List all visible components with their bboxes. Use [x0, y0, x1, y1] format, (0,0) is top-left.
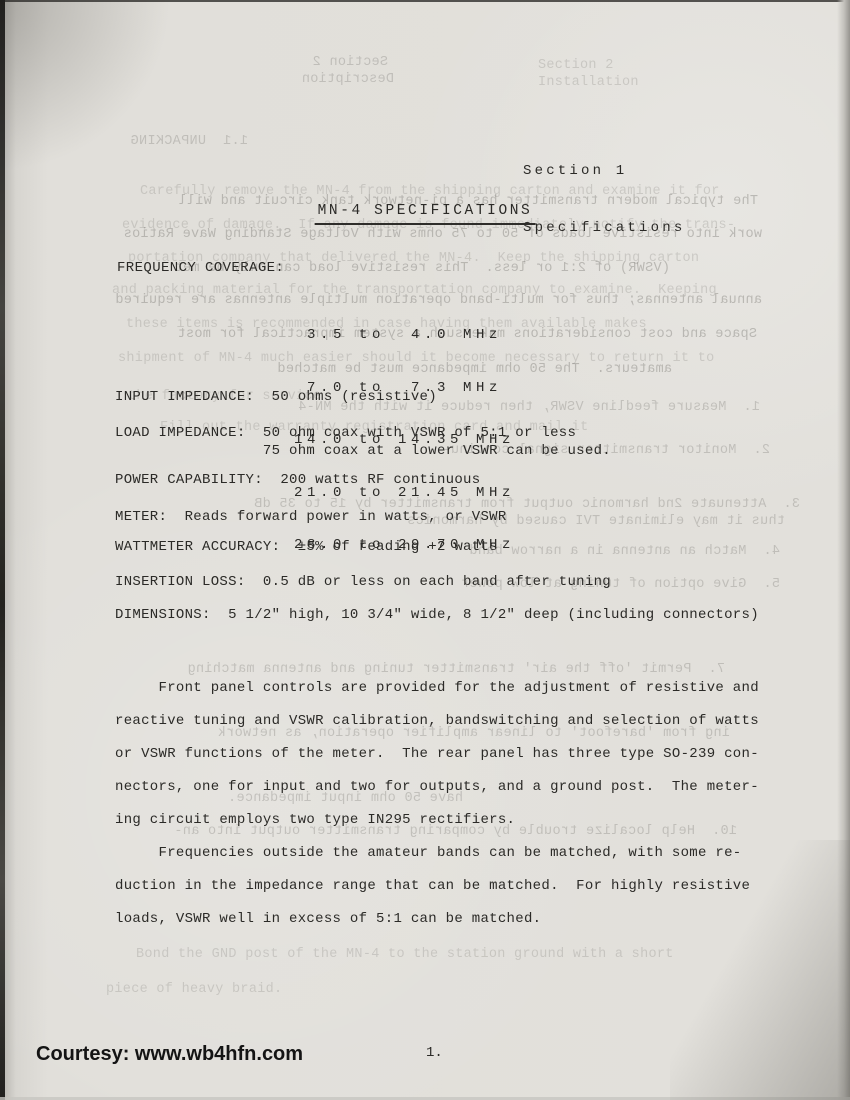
- spec-load-impedance: LOAD IMPEDANCE: 50 ohm coax with VSWR of…: [115, 425, 611, 460]
- watermark-courtesy: Courtesy: www.wb4hfn.com: [36, 1043, 303, 1066]
- page-corner-shadow: [670, 840, 850, 1100]
- spec-label-frequency-coverage: FREQUENCY COVERAGE:: [117, 260, 284, 276]
- bleed-through-text: Section 2: [538, 58, 614, 73]
- spec-input-impedance: INPUT IMPEDANCE: 50 ohms (resistive): [115, 389, 437, 407]
- body-paragraph: Frequencies outside the amateur bands ca…: [115, 837, 750, 936]
- frequency-range: 3.5 to 4.0 MHz: [294, 327, 515, 345]
- bleed-through-text: Description: [268, 72, 394, 87]
- page-number: 1.: [426, 1045, 443, 1061]
- spec-meter: METER: Reads forward power in watts, or …: [115, 509, 507, 527]
- spec-dimensions: DIMENSIONS: 5 1/2" high, 10 3/4" wide, 8…: [115, 607, 759, 625]
- section-number: Section 1: [523, 162, 685, 181]
- bleed-through-text: Bond the GND post of the MN-4 to the sta…: [136, 947, 674, 962]
- bleed-through-text: 1.1 UNPACKING: [98, 134, 248, 149]
- bleed-through-text: Installation: [538, 75, 639, 90]
- bleed-through-text: Section 2: [276, 55, 388, 70]
- section-name: Specifications: [523, 219, 685, 238]
- spec-power-capability: POWER CAPABILITY: 200 watts RF continuou…: [115, 472, 480, 490]
- bleed-through-text: piece of heavy braid.: [106, 982, 282, 997]
- body-paragraph: Front panel controls are provided for th…: [115, 672, 759, 837]
- document-title: MN-4 SPECIFICATIONS: [315, 203, 536, 225]
- scan-edge-top: [0, 0, 850, 2]
- scanned-page: Section 2 Description Section 2 Installa…: [0, 0, 850, 1100]
- scan-edge-left: [0, 0, 5, 1100]
- spec-insertion-loss: INSERTION LOSS: 0.5 dB or less on each b…: [115, 574, 611, 592]
- spec-wattmeter-accuracy: WATTMETER ACCURACY: ±5% of reading +2 wa…: [115, 539, 498, 557]
- section-header: Section 1 Specifications: [523, 124, 685, 276]
